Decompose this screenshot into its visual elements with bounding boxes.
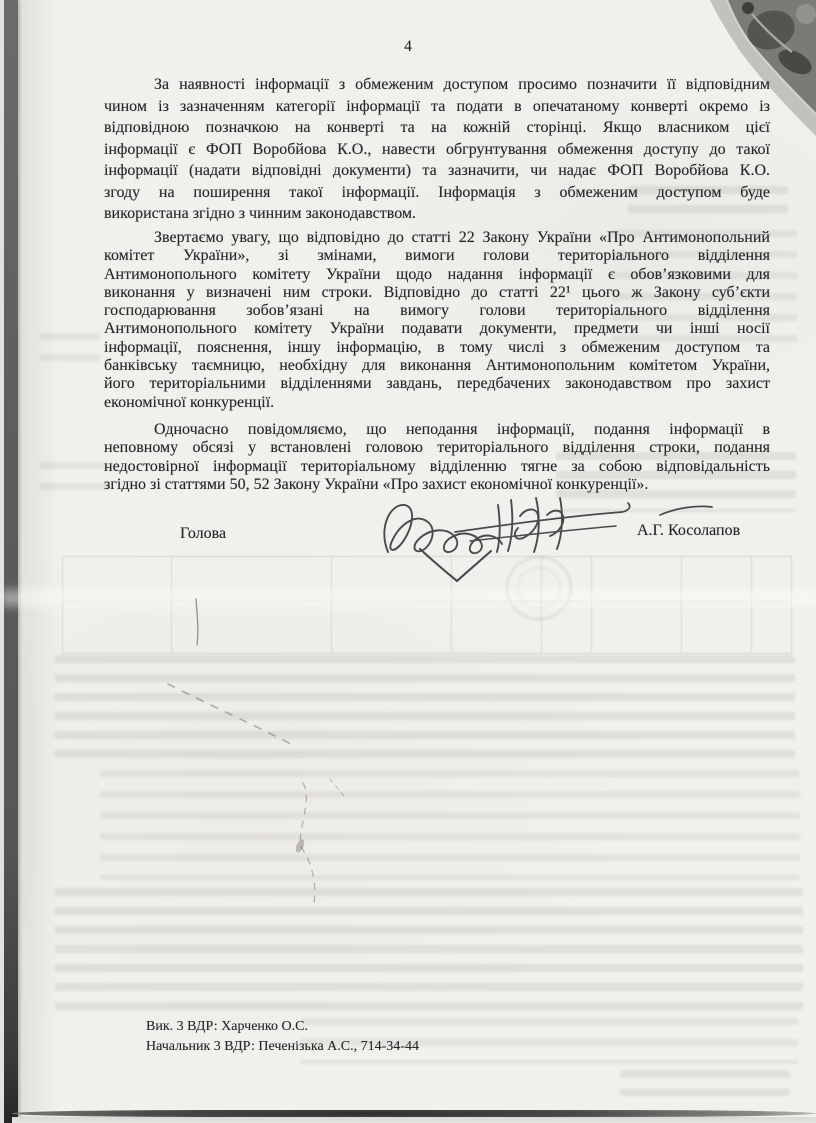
text-line: чином із зазначенням категорії інформаці… (104, 96, 770, 118)
paragraph-restricted-information: За наявності інформації з обмеженим дост… (104, 74, 770, 225)
corner-texture-blob (796, 4, 816, 24)
text-line: згоду на поширення такої інформації. Інф… (104, 182, 770, 204)
text-line: відповідною позначкою на конверті та на … (104, 117, 770, 139)
page-number: 4 (0, 38, 816, 56)
text-line: використана згідно з чинним законодавств… (104, 203, 770, 225)
scanner-background-below-page (12, 1117, 816, 1123)
signatory-name: А.Г. Косолапов (637, 522, 740, 540)
text-line: Антимонопольного комітету України щодо н… (104, 266, 770, 284)
text-line: За наявності інформації з обмеженим дост… (104, 74, 770, 96)
text-line: комітет України», зі змінами, вимоги гол… (104, 247, 770, 265)
executor-line: Вик. 3 ВДР: Харченко О.С. (146, 1017, 419, 1037)
text-line: господарювання зобов’язані на вимогу гол… (104, 302, 770, 320)
text-line: згідно зі статтями 50, 52 Закону України… (104, 476, 770, 494)
text-line: виконання у визначені ним строки. Відпов… (104, 284, 770, 302)
scan-light-band (0, 590, 816, 606)
bleed-through-text (40, 333, 100, 363)
paragraph-article-22-obligations: Звертаємо увагу, що відповідно до статті… (104, 229, 770, 412)
text-line: його територіальними відділеннями завдан… (104, 375, 770, 393)
scanned-document-page: 4 За наявності інформації з обмеженим до… (0, 0, 816, 1123)
bleed-through-text (55, 888, 803, 1010)
text-line: неповному обсязі у встановлені головою т… (104, 439, 770, 457)
text-line: Одночасно повідомляємо, що неподання інф… (104, 421, 770, 439)
signatory-title: Голова (180, 525, 226, 543)
text-line: банківську таємницю, необхідну для викон… (104, 357, 770, 375)
text-line: Антимонопольного комітету України подава… (104, 320, 770, 338)
text-line: інформації (надати відповідні документи)… (104, 160, 770, 182)
page-bottom-edge (12, 1110, 816, 1117)
corner-texture-blob (742, 2, 754, 14)
scanner-edge-strip (4, 0, 18, 1123)
stamp-bleed-through (506, 556, 572, 620)
text-line: Звертаємо увагу, що відповідно до статті… (104, 229, 770, 247)
bleed-through-text (100, 770, 800, 880)
bleed-through-text (620, 1070, 790, 1096)
footer-block: Вик. 3 ВДР: Харченко О.С. Начальник 3 ВД… (146, 1017, 419, 1056)
text-line: недостовірної інформації територіальному… (104, 458, 770, 476)
paragraph-liability-warning: Одночасно повідомляємо, що неподання інф… (104, 421, 770, 494)
bleed-through-text (55, 655, 795, 758)
department-head-line: Начальник 3 ВДР: Печенізька А.С., 714-34… (146, 1037, 419, 1057)
text-line: інформації є ФОП Воробйова К.О., навести… (104, 139, 770, 161)
text-line: інформації, пояснення, іншу інформацію, … (104, 339, 770, 357)
bleed-through-text (40, 462, 110, 498)
text-line: економічної конкуренції. (104, 394, 770, 412)
